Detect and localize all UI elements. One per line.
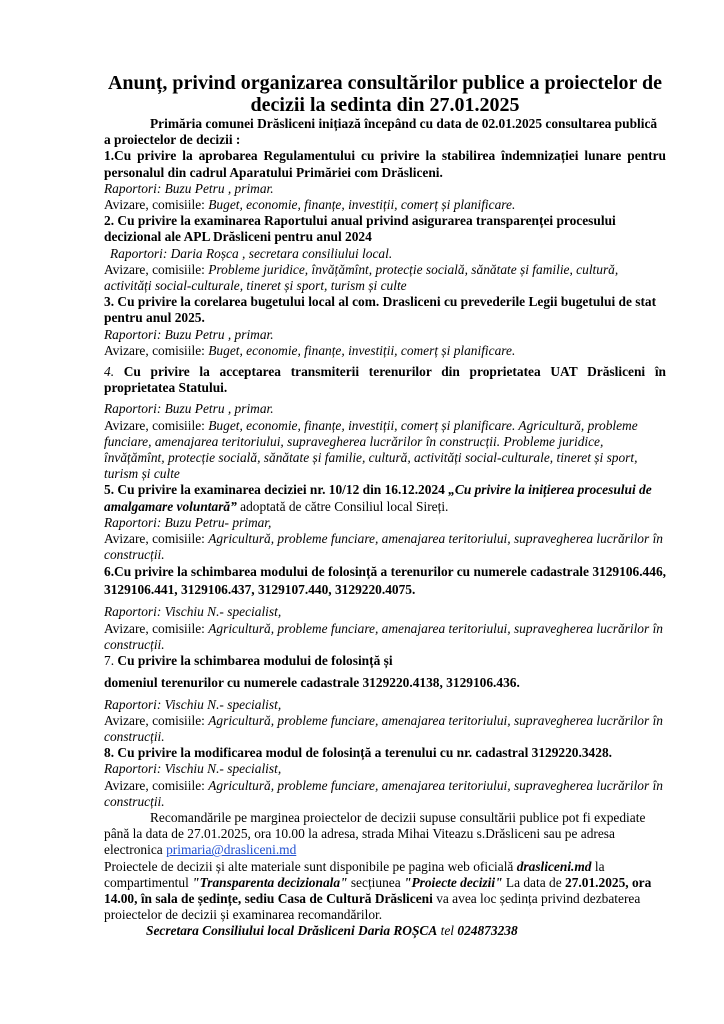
item-raportori: Raportori: Buzu Petru , primar. [104,181,666,197]
decision-item-2: 2. Cu privire la examinarea Raportului a… [104,213,666,294]
item-title: 2. Cu privire la examinarea Raportului a… [104,213,666,245]
availability-paragraph: Proiectele de decizii și alte materiale … [104,859,666,924]
intro-text: Primăria comunei Drăsliceni inițiază înc… [104,116,666,148]
item-avizare: Avizare, comisiile: Agricultură, problem… [104,621,666,653]
item-avizare: Avizare, comisiile: Agricultură, problem… [104,713,666,745]
item-title: 8. Cu privire la modificarea modul de fo… [104,745,666,761]
item-avizare: Avizare, comisiile: Agricultură, problem… [104,531,666,563]
item-title: 1.Cu privire la aprobarea Regulamentului… [104,148,666,180]
website-name: drasliceni.md [517,859,592,874]
item-raportori: Raportori: Vischiu N.- specialist, [104,697,666,713]
item-raportori: Raportori: Daria Roșca , secretara consi… [104,246,666,262]
decision-item-5: 5. Cu privire la examinarea deciziei nr.… [104,482,666,563]
item-raportori: Raportori: Vischiu N.- specialist, [104,604,666,620]
item-raportori: Raportori: Buzu Petru , primar. [104,401,666,417]
item-title: 5. Cu privire la examinarea deciziei nr.… [104,482,666,514]
item-title-line1: 7. Cu privire la schimbarea modului de f… [104,653,666,669]
decision-item-6: 6.Cu privire la schimbarea modului de fo… [104,563,666,653]
item-avizare: Avizare, comisiile: Probleme juridice, î… [104,262,666,294]
item-title-line2: domeniul terenurilor cu numerele cadastr… [104,675,666,691]
item-raportori: Raportori: Buzu Petru- primar, [104,515,666,531]
document-page: Anunț, privind organizarea consultărilor… [104,72,666,940]
decision-item-1: 1.Cu privire la aprobarea Regulamentului… [104,148,666,213]
item-title: 3. Cu privire la corelarea bugetului loc… [104,294,666,326]
decision-item-3: 3. Cu privire la corelarea bugetului loc… [104,294,666,359]
decision-item-4: 4. Cu privire la acceptarea transmiterii… [104,364,666,482]
item-raportori: Raportori: Buzu Petru , primar. [104,327,666,343]
phone-number: 024873238 [457,923,517,938]
decision-item-7: 7. Cu privire la schimbarea modului de f… [104,653,666,745]
item-avizare: Avizare, comisiile: Buget, economie, fin… [104,197,666,213]
item-avizare: Avizare, comisiile: Buget, economie, fin… [104,343,666,359]
document-title-line1: Anunț, privind organizarea consultărilor… [104,72,666,94]
item-title: 6.Cu privire la schimbarea modului de fo… [104,563,666,599]
email-link[interactable]: primaria@drasliceni.md [166,842,296,857]
decision-item-8: 8. Cu privire la modificarea modul de fo… [104,745,666,810]
item-avizare: Avizare, comisiile: Agricultură, problem… [104,778,666,810]
item-title: 4. Cu privire la acceptarea transmiterii… [104,364,666,396]
item-avizare: Avizare, comisiile: Buget, economie, fin… [104,418,666,483]
signature-line: Secretara Consiliului local Drăsliceni D… [104,923,666,939]
recommendations-paragraph: Recomandările pe marginea proiectelor de… [104,810,666,859]
document-title-line2: decizii la sedinta din 27.01.2025 [104,94,666,116]
item-raportori: Raportori: Vischiu N.- specialist, [104,761,666,777]
